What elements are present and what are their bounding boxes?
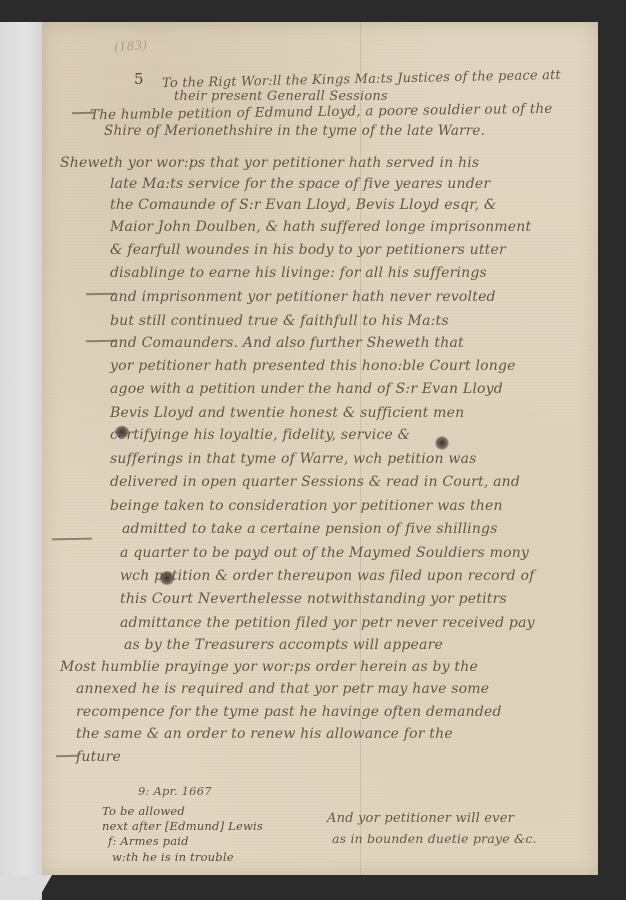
intro-line-2: Shire of Merionethshire in the tyme of t… [104,125,485,139]
body-line-13: certifyinge his loyaltie, fidelity, serv… [110,428,410,442]
endorsement-line-1: To be allowed [102,804,185,818]
body-line-19: wch petition & order thereupon was filed… [120,569,534,583]
endorsement-date: 9: Apr. 1667 [138,784,212,798]
body-line-17: admitted to take a certaine pension of f… [122,522,498,536]
body-line-16: beinge taken to consideration yor petiti… [110,499,503,513]
viewer-side-panel-corner [0,875,52,900]
body-line-21: admittance the petition filed yor petr n… [120,616,535,630]
body-line-10: yor petitioner hath presented this hono:… [110,359,516,373]
address-line-1: To the Rigt Wor:ll the Kings Ma:ts Justi… [162,69,561,90]
body-line-4: Maior John Doulben, & hath suffered long… [110,220,531,234]
endorsement-line-2: next after [Edmund] Lewis [102,819,263,833]
prayer-line-1: Most humblie prayinge yor wor:ps order h… [60,660,478,674]
petition-number: 5 [134,70,144,88]
body-line-6: disablinge to earne his livinge: for all… [110,266,487,280]
prayer-line-2: annexed he is required and that yor petr… [76,682,489,696]
margin-dash [52,538,92,541]
body-line-20: this Court Neverthelesse notwithstanding… [120,592,507,606]
body-line-18: a quarter to be payd out of the Maymed S… [120,546,529,560]
manuscript-page: (183) 5 To the Rigt Wor:ll the Kings Ma:… [42,22,598,875]
image-viewer: (183) 5 To the Rigt Wor:ll the Kings Ma:… [0,0,626,900]
endorsement-line-3: f: Armes paid [108,834,189,848]
folio-mark: (183) [114,38,148,54]
body-line-1: Sheweth yor wor:ps that yor petitioner h… [60,156,479,170]
endorsement-line-4: w:th he is in trouble [112,850,234,864]
body-line-9: and Comaunders. And also further Sheweth… [110,336,464,350]
body-line-22: as by the Treasurers accompts will appea… [124,638,443,652]
viewer-side-panel [0,22,42,900]
body-line-5: & fearfull woundes in his body to yor pe… [110,243,506,257]
prayer-line-3: recompence for the tyme past he havinge … [76,705,502,719]
intro-line-1: The humble petition of Edmund Lloyd, a p… [90,103,553,123]
fold-crease [360,22,361,875]
address-line-2: their present Generall Sessions [174,90,388,103]
closing-line-2: as in bounden duetie praye &c. [332,833,537,846]
margin-dash [56,755,78,757]
prayer-line-5: future [76,750,121,764]
body-line-14: sufferings in that tyme of Warre, wch pe… [110,452,477,466]
prayer-line-4: the same & an order to renew his allowan… [76,727,453,741]
body-line-3: the Comaunde of S:r Evan Lloyd, Bevis Ll… [110,198,497,212]
ink-blot [435,436,449,450]
body-line-7: and imprisonment yor petitioner hath nev… [110,290,496,304]
body-line-15: delivered in open quarter Sessions & rea… [110,475,520,489]
body-line-8: but still continued true & faithfull to … [110,314,449,328]
body-line-11: agoe with a petition under the hand of S… [110,382,503,396]
closing-line-1: And yor petitioner will ever [327,812,514,825]
body-line-2: late Ma:ts service for the space of five… [110,177,490,191]
body-line-12: Bevis Lloyd and twentie honest & suffici… [110,406,464,420]
